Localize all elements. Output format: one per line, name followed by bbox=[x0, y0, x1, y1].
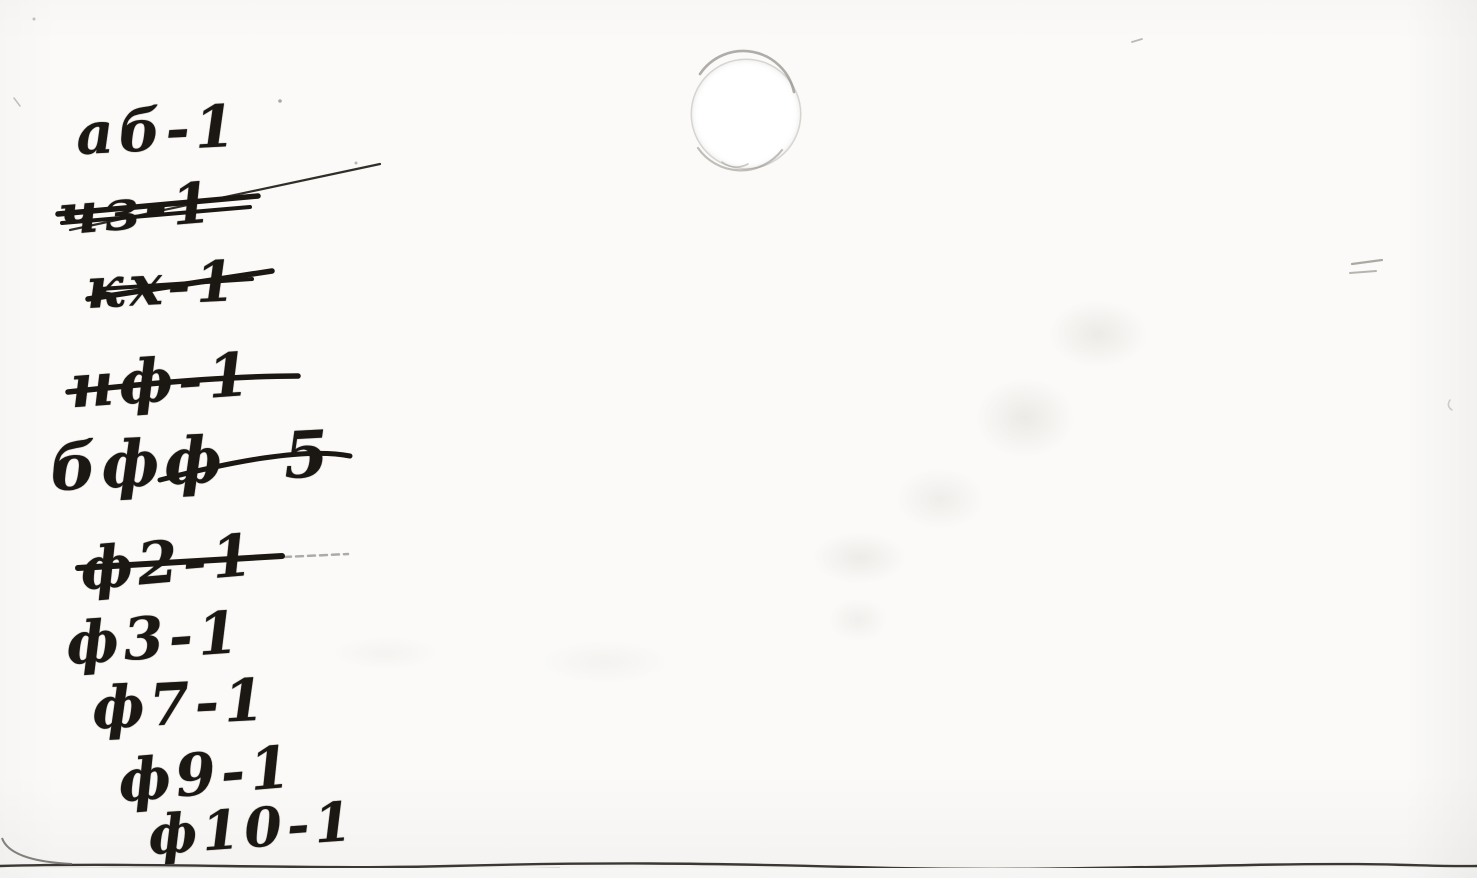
handwritten-entry-struck: бфф 5 bbox=[48, 417, 335, 507]
handwritten-entry-struck: кх-1 bbox=[84, 248, 241, 322]
paper-stain bbox=[975, 378, 1075, 458]
paper-stain bbox=[330, 636, 440, 670]
hole-punch bbox=[692, 60, 800, 168]
handwritten-entry-struck: чз-1 bbox=[55, 169, 218, 249]
paper-stain bbox=[540, 640, 670, 684]
handwritten-entry: ф7-1 bbox=[90, 665, 270, 742]
handwritten-entry-struck: нф-1 bbox=[68, 340, 257, 423]
paper-stain bbox=[895, 468, 985, 530]
backing-strip bbox=[0, 868, 1477, 878]
handwritten-entry: аб-1 bbox=[74, 92, 241, 168]
paper-stain bbox=[828, 598, 888, 642]
handwritten-entry: ф3-1 bbox=[64, 598, 245, 678]
paper-stain bbox=[1048, 300, 1148, 368]
handwritten-entry-struck: ф2-1 bbox=[77, 520, 259, 603]
paper-stain bbox=[812, 532, 907, 584]
card-scan: аб-1 чз-1 кх-1 нф-1 бфф 5 ф2-1 ф3-1 ф7-1… bbox=[0, 0, 1477, 878]
handwritten-entry: ф10-1 bbox=[146, 789, 359, 867]
card-corner-curve bbox=[2, 838, 72, 864]
